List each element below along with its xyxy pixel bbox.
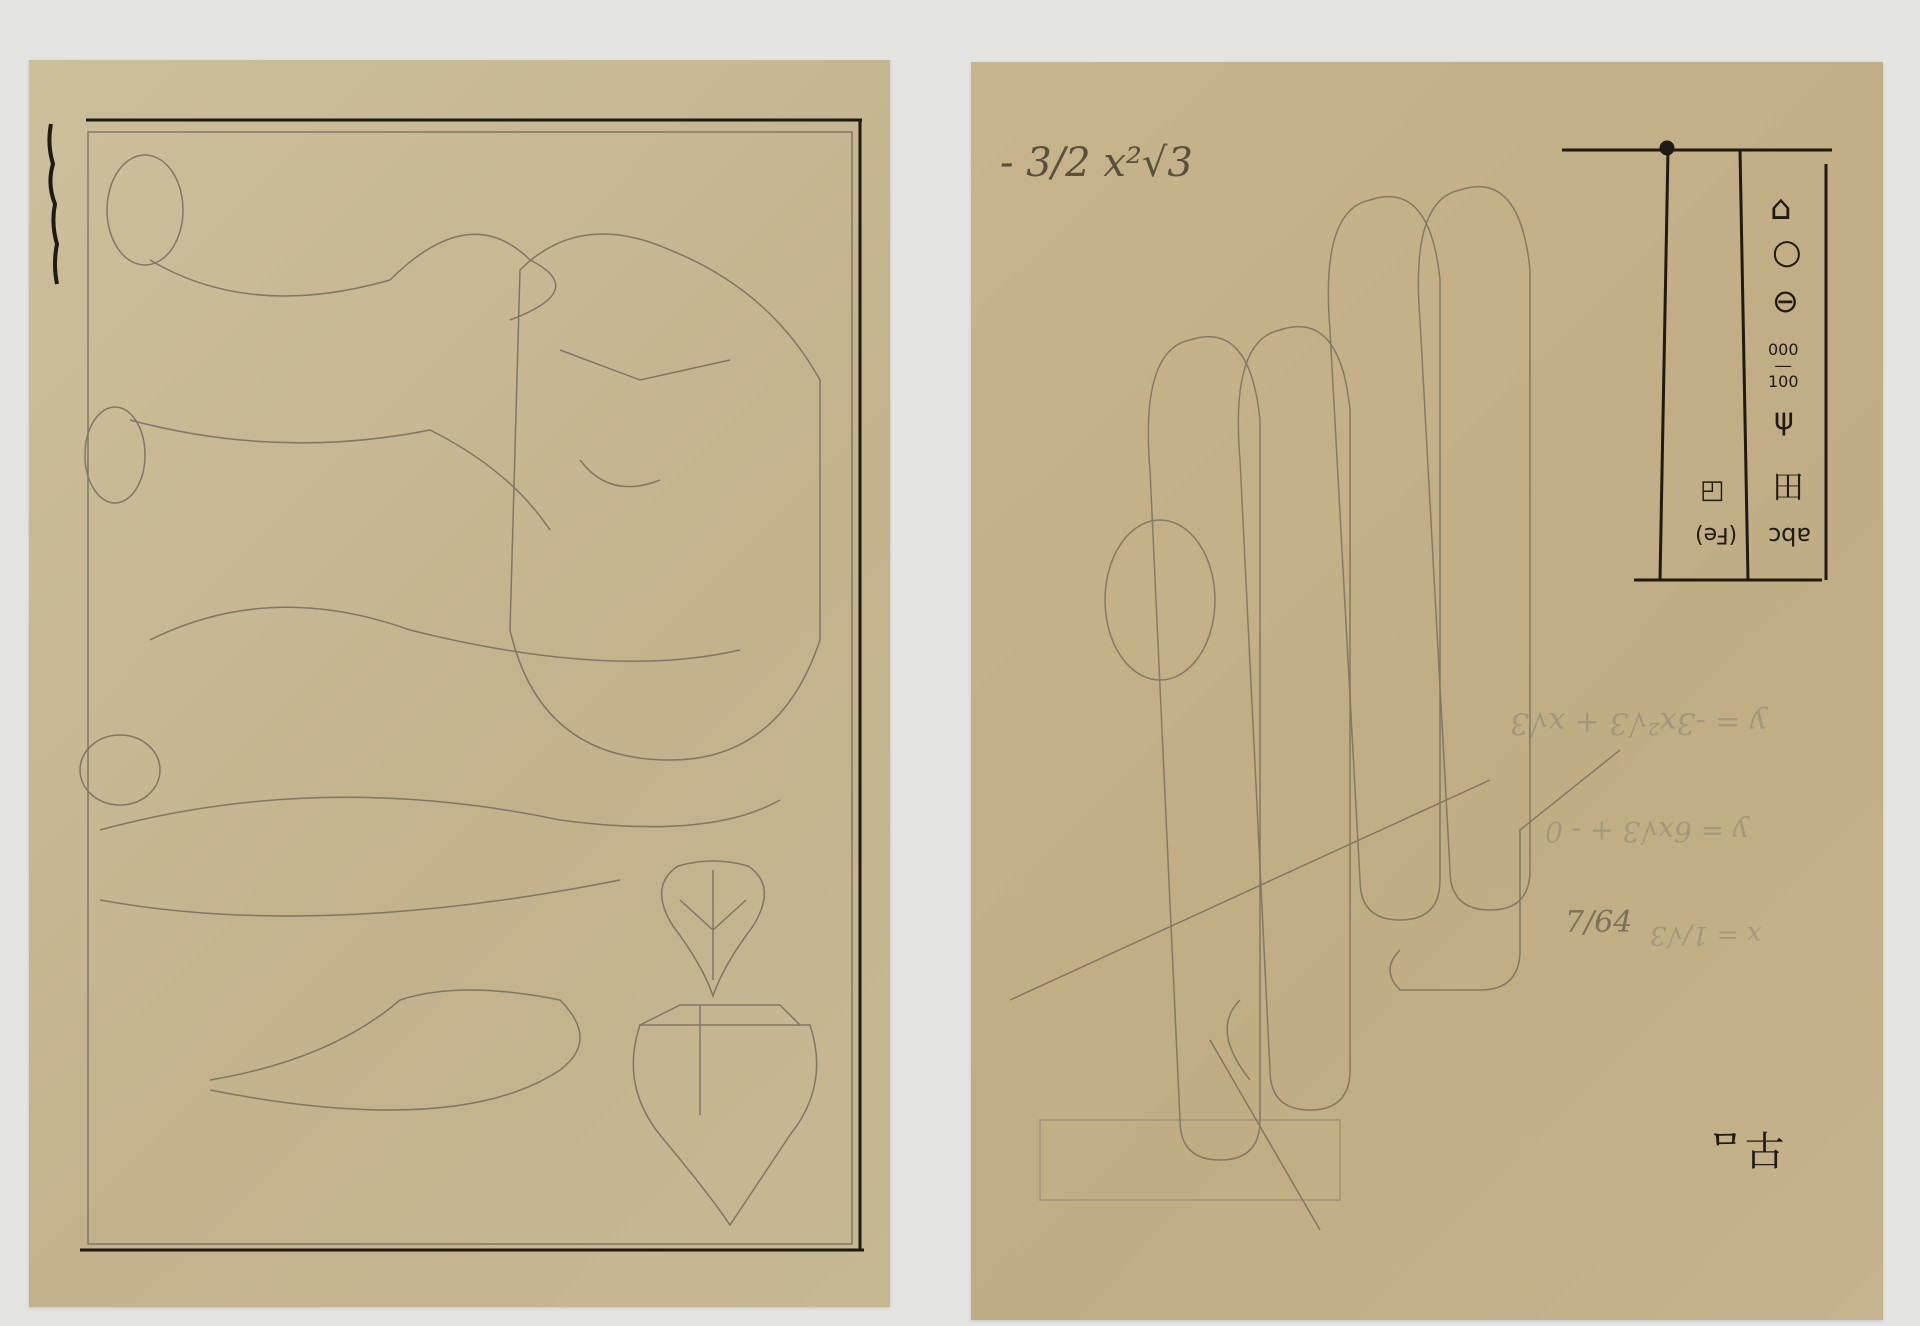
- formula-text: - 3/2 x²√3: [1000, 140, 1193, 186]
- crown-symbol: ⌂: [1770, 188, 1792, 228]
- circle-mark-symbol: ⊖: [1772, 282, 1799, 320]
- fe-symbol: (Fe): [1695, 522, 1737, 547]
- faint-equation: 7/64: [1565, 905, 1632, 940]
- sketch-lines: [0, 0, 1920, 1326]
- box-symbol: ◰: [1700, 475, 1725, 505]
- faint-equation: y = 6x√3 + - 0: [1545, 815, 1749, 848]
- faint-equation: x = 1/√3: [1650, 920, 1761, 950]
- signature-monogram: ᄆ古: [1706, 1120, 1785, 1177]
- abc-symbol: abc: [1768, 522, 1811, 550]
- fraction-symbol: 000―100: [1768, 342, 1799, 390]
- cactus-symbol: ψ: [1774, 402, 1794, 437]
- faint-equation: y = -3x²√3 + x√3: [1510, 705, 1767, 740]
- circle-symbol: ○: [1772, 232, 1802, 272]
- grid-symbol: 田: [1772, 462, 1804, 508]
